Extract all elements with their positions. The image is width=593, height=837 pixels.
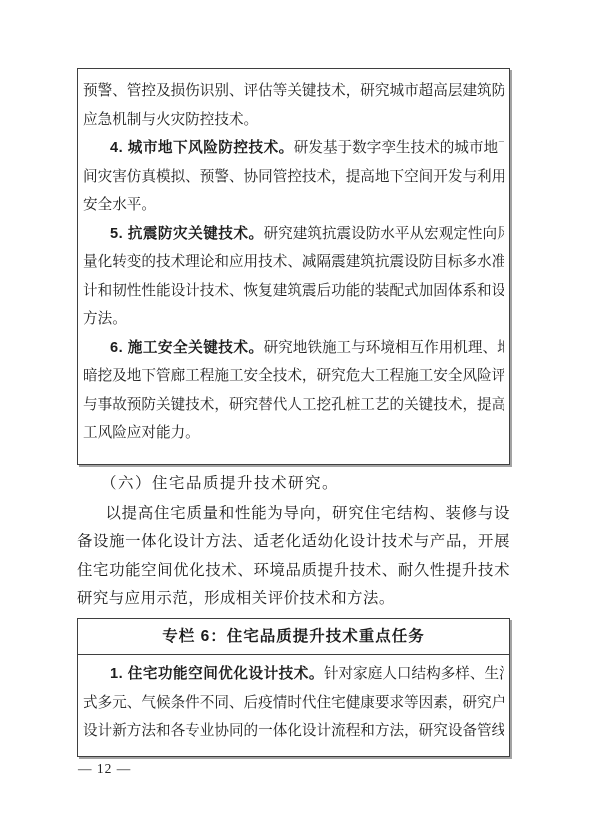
body-text: 方法。 xyxy=(83,311,127,327)
text-line: 5. 抗震防灾关键技术。研究建筑抗震设防水平从宏观定性向风险 xyxy=(83,220,504,249)
document-page: 预警、管控及损伤识别、评估等关键技术，研究城市超高层建筑防灾应急机制与火灾防控技… xyxy=(0,0,593,837)
text-line: 1. 住宅功能空间优化设计技术。针对家庭人口结构多样、生活方 xyxy=(83,660,504,689)
column-6-body: 1. 住宅功能空间优化设计技术。针对家庭人口结构多样、生活方式多元、气候条件不同… xyxy=(83,660,504,746)
body-text: 设计新方法和各专业协同的一体化设计流程和方法，研究设备管线与 xyxy=(83,723,504,739)
column-6-divider xyxy=(78,654,509,655)
body-text: 备设施一体化设计方法、适老化适幼化设计技术与产品，开展 xyxy=(77,533,510,550)
column-6-title: 专栏 6：住宅品质提升技术重点任务 xyxy=(83,619,504,654)
body-text: 针对家庭人口结构多样、生活方 xyxy=(324,666,504,682)
text-line: 备设施一体化设计方法、适老化适幼化设计技术与产品，开展 xyxy=(77,528,510,556)
bold-run-in-heading: 4. 城市地下风险防控技术。 xyxy=(110,140,294,156)
text-line: 设计新方法和各专业协同的一体化设计流程和方法，研究设备管线与 xyxy=(83,717,504,746)
text-line: 工风险应对能力。 xyxy=(83,419,504,448)
body-text: 间灾害仿真模拟、预警、协同管控技术，提高地下空间开发与利用的 xyxy=(83,169,504,185)
body-text: 预警、管控及损伤识别、评估等关键技术，研究城市超高层建筑防灾 xyxy=(83,83,504,99)
text-line: 式多元、气候条件不同、后疫情时代住宅健康要求等因素，研究户型 xyxy=(83,689,504,718)
text-line: 住宅功能空间优化技术、环境品质提升技术、耐久性提升技术 xyxy=(77,557,510,585)
text-line: 暗挖及地下管廊工程施工安全技术，研究危大工程施工安全风险评估 xyxy=(83,362,504,391)
body-text: 安全水平。 xyxy=(83,197,156,213)
text-line: 预警、管控及损伤识别、评估等关键技术，研究城市超高层建筑防灾 xyxy=(83,77,504,106)
column-6-box: 专栏 6：住宅品质提升技术重点任务 1. 住宅功能空间优化设计技术。针对家庭人口… xyxy=(77,618,510,757)
text-line: 安全水平。 xyxy=(83,191,504,220)
text-line: 计和韧性性能设计技术、恢复建筑震后功能的装配式加固体系和设计 xyxy=(83,277,504,306)
bold-run-in-heading: 6. 施工安全关键技术。 xyxy=(110,340,264,356)
text-line: 量化转变的技术理论和应用技术、减隔震建筑抗震设防目标多水准设 xyxy=(83,248,504,277)
bold-run-in-heading: 5. 抗震防灾关键技术。 xyxy=(110,226,264,242)
text-line: 与事故预防关键技术，研究替代人工挖孔桩工艺的关键技术，提高施 xyxy=(83,391,504,420)
body-text: 以提高住宅质量和性能为导向，研究住宅结构、装修与设 xyxy=(105,505,510,522)
body-text: 研究与应用示范，形成相关评价技术和方法。 xyxy=(77,590,395,607)
body-text: 住宅功能空间优化技术、环境品质提升技术、耐久性提升技术 xyxy=(77,562,510,579)
body-text: 量化转变的技术理论和应用技术、减隔震建筑抗震设防目标多水准设 xyxy=(83,254,504,270)
text-line: 4. 城市地下风险防控技术。研发基于数字孪生技术的城市地下空 xyxy=(83,134,504,163)
text-line: 研究与应用示范，形成相关评价技术和方法。 xyxy=(77,585,510,613)
body-text: 研究建筑抗震设防水平从宏观定性向风险 xyxy=(264,226,504,242)
text-line: 6. 施工安全关键技术。研究地铁施工与环境相互作用机理、地铁 xyxy=(83,334,504,363)
text-line: 方法。 xyxy=(83,305,504,334)
text-line: 间灾害仿真模拟、预警、协同管控技术，提高地下空间开发与利用的 xyxy=(83,163,504,192)
bold-run-in-heading: 1. 住宅功能空间优化设计技术。 xyxy=(110,666,324,682)
text-line: 应急机制与火灾防控技术。 xyxy=(83,106,504,135)
body-text: 计和韧性性能设计技术、恢复建筑震后功能的装配式加固体系和设计 xyxy=(83,283,504,299)
text-line: 以提高住宅质量和性能为导向，研究住宅结构、装修与设 xyxy=(77,500,510,528)
key-technology-tasks-box: 预警、管控及损伤识别、评估等关键技术，研究城市超高层建筑防灾应急机制与火灾防控技… xyxy=(77,68,510,465)
body-text: 工风险应对能力。 xyxy=(83,425,200,441)
section-paragraph: 以提高住宅质量和性能为导向，研究住宅结构、装修与设备设施一体化设计方法、适老化适… xyxy=(77,500,510,613)
page-number: — 12 — xyxy=(78,761,131,777)
section-heading-6: （六）住宅品质提升技术研究。 xyxy=(77,474,510,494)
body-text: 研究地铁施工与环境相互作用机理、地铁 xyxy=(264,340,504,356)
body-text: 暗挖及地下管廊工程施工安全技术，研究危大工程施工安全风险评估 xyxy=(83,368,504,384)
body-text: 应急机制与火灾防控技术。 xyxy=(83,112,258,128)
body-text: 式多元、气候条件不同、后疫情时代住宅健康要求等因素，研究户型 xyxy=(83,695,504,711)
body-text: 研发基于数字孪生技术的城市地下空 xyxy=(294,140,504,156)
body-text: 与事故预防关键技术，研究替代人工挖孔桩工艺的关键技术，提高施 xyxy=(83,397,504,413)
